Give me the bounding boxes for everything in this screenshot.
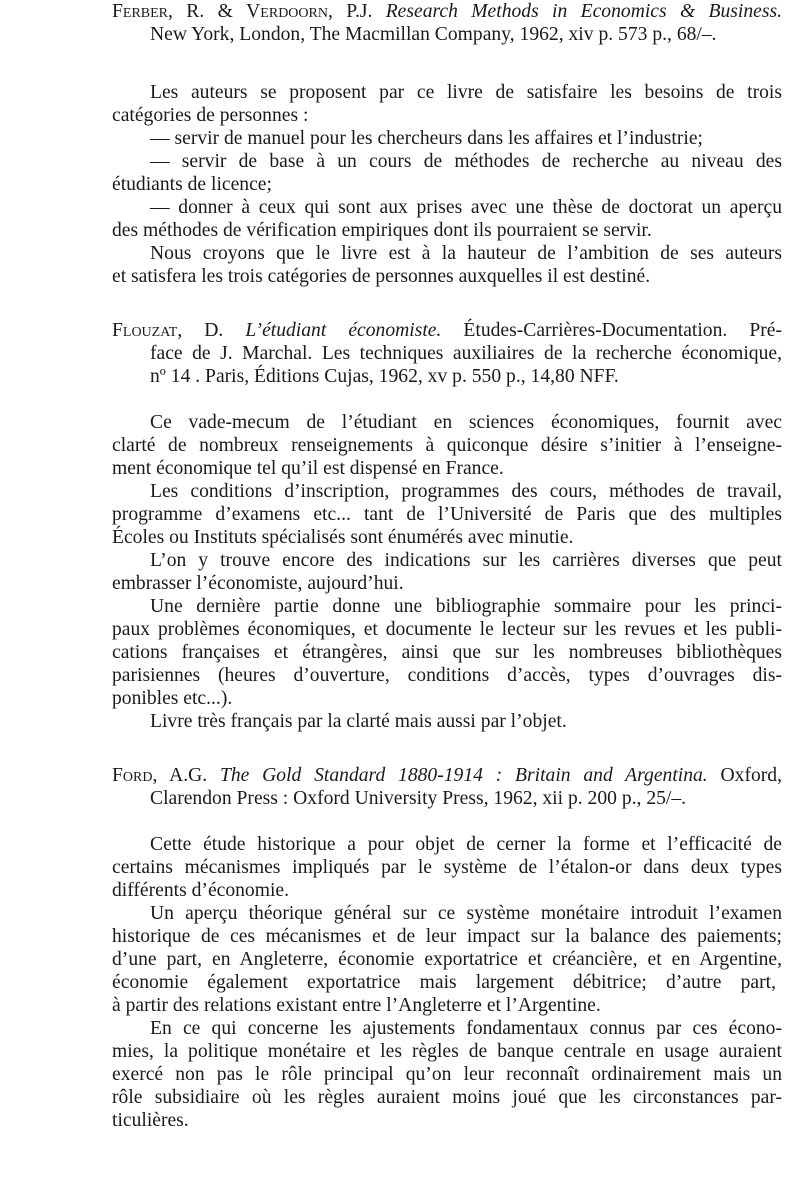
body-line: différents d’économie. (112, 879, 289, 902)
body-line: rôle subsidiaire où les règles auraient … (112, 1086, 782, 1109)
body-line: Cette étude historique a pour objet de c… (150, 833, 782, 856)
body-line: — servir de base à un cours de méthodes … (150, 150, 782, 173)
body-line: d’une part, en Angleterre, économie expo… (112, 948, 782, 971)
citation-ferber-line1: Ferber, R. & Verdoorn, P.J. Research Met… (112, 0, 782, 23)
body-line: étudiants de licence; (112, 173, 272, 196)
book-title: The Gold Standard 1880-1914 : Britain an… (220, 765, 708, 786)
body-line: certains mécanismes impliqués par le sys… (112, 856, 782, 879)
body-line: Écoles ou Instituts spécialisés sont énu… (112, 526, 573, 549)
body-line: économie également exportatrice mais lar… (112, 971, 776, 994)
author-initials: , D. (177, 320, 245, 341)
citation-flouzat-line1: Flouzat, D. L’étudiant économiste. Étude… (112, 319, 782, 342)
body-line: En ce qui concerne les ajustements fonda… (150, 1017, 782, 1040)
citation-flouzat-line2: face de J. Marchal. Les techniques auxil… (150, 342, 782, 365)
author-initials: , P.J. (328, 1, 386, 22)
publisher-info: Oxford, (708, 765, 782, 786)
body-line: exercé non pas le rôle principal qu’on l… (112, 1063, 782, 1086)
body-line: — donner à ceux qui sont aux prises avec… (150, 196, 782, 219)
body-line: Nous croyons que le livre est à la haute… (150, 242, 782, 265)
body-line: et satisfera les trois catégories de per… (112, 265, 650, 288)
body-line: parisiennes (heures d’ouverture, conditi… (112, 664, 782, 687)
body-line: — servir de manuel pour les chercheurs d… (150, 127, 703, 150)
body-line: à partir des relations existant entre l’… (112, 994, 601, 1017)
body-line: mies, la politique monétaire et les règl… (112, 1040, 782, 1063)
body-line: Les conditions d’inscription, programmes… (150, 480, 782, 503)
book-title: Research Methods in Economics & Business… (386, 1, 782, 22)
body-line: ment économique tel qu’il est dispensé e… (112, 457, 504, 480)
body-line: paux problèmes économiques, et documente… (112, 618, 782, 641)
body-line: Les auteurs se proposent par ce livre de… (150, 81, 782, 104)
body-line: L’on y trouve encore des indications sur… (150, 549, 782, 572)
body-line: embrasser l’économiste, aujourd’hui. (112, 572, 404, 595)
body-line: Une dernière partie donne une bibliograp… (150, 595, 782, 618)
body-line: Livre très français par la clarté mais a… (150, 710, 567, 733)
body-line: ponibles etc...). (112, 687, 232, 710)
author-name: Flouzat (112, 320, 177, 341)
publisher-info: Études-Carrières-Documentation. Pré- (441, 320, 782, 341)
body-line: catégories de personnes : (112, 104, 308, 127)
body-line: clarté de nombreux renseignements à quic… (112, 434, 782, 457)
body-line: Ce vade-mecum de l’étudiant en sciences … (150, 411, 782, 434)
author-name: Verdoorn (246, 1, 328, 22)
author-initials: , A.G. (152, 765, 220, 786)
author-name: Ferber (112, 1, 168, 22)
body-line: programme d’examens etc... tant de l’Uni… (112, 503, 782, 526)
body-line: Un aperçu théorique général sur ce systè… (150, 902, 782, 925)
citation-flouzat-line3: nº 14 . Paris, Éditions Cujas, 1962, xv … (150, 365, 619, 388)
author-initials: , R. & (168, 1, 246, 22)
book-title: L’étudiant économiste. (245, 320, 441, 341)
author-name: Ford (112, 765, 152, 786)
citation-ferber-line2: New York, London, The Macmillan Company,… (150, 23, 717, 46)
citation-ford-line1: Ford, A.G. The Gold Standard 1880-1914 :… (112, 764, 782, 787)
body-line: cations françaises et étrangères, ainsi … (112, 641, 782, 664)
body-line: ticulières. (112, 1109, 189, 1132)
body-line: historique de ces mécanismes et de leur … (112, 925, 782, 948)
citation-ford-line2: Clarendon Press : Oxford University Pres… (150, 787, 686, 810)
body-line: des méthodes de vérification empiriques … (112, 219, 652, 242)
